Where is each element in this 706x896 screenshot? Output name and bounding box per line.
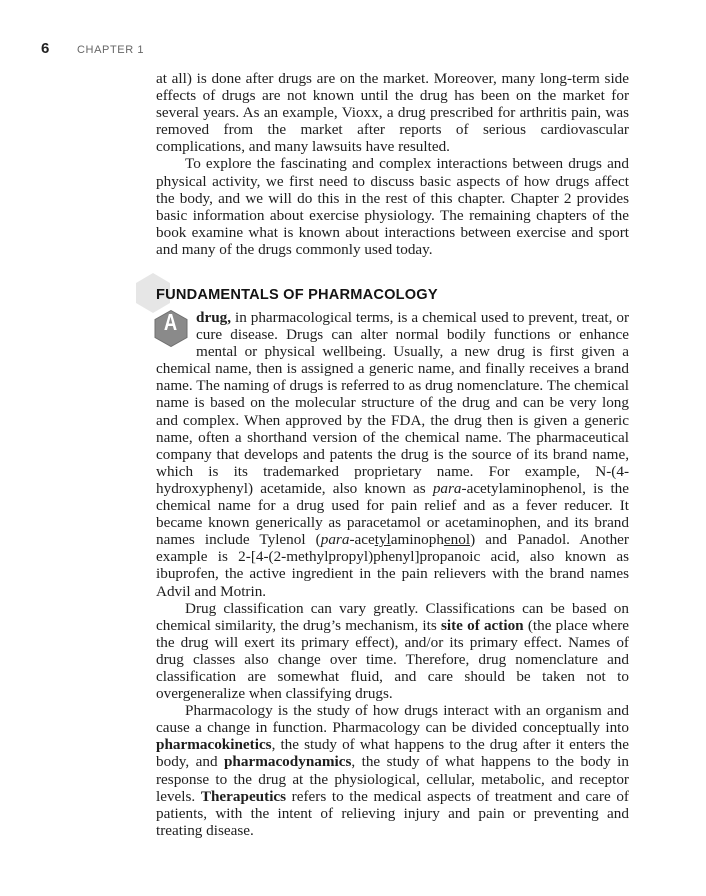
italic-para: para <box>433 480 462 497</box>
text-run: aminoph <box>391 531 444 548</box>
intro-paragraph-1: at all) is done after drugs are on the m… <box>156 70 629 155</box>
underline-tyl: tyl <box>375 531 391 548</box>
text-run: -ace <box>349 531 374 548</box>
text-run: in pharmacological terms, is a chemical … <box>156 309 629 497</box>
dropcap: A <box>154 310 194 346</box>
section-body: A drug, in pharmacological terms, is a c… <box>156 309 629 839</box>
term-pharmacokinetics: pharmacokinetics <box>156 736 272 753</box>
dropcap-letter: A <box>157 314 183 331</box>
term-drug: drug, <box>196 309 231 326</box>
section-paragraph-3: Pharmacology is the study of how drugs i… <box>156 702 629 839</box>
running-head: 6 CHAPTER 1 <box>41 40 144 57</box>
italic-para: para <box>321 531 350 548</box>
term-therapeutics: Therapeutics <box>201 788 286 805</box>
intro-paragraph-2: To explore the fascinating and complex i… <box>156 155 629 258</box>
text-run: Pharmacology is the study of how drugs i… <box>156 702 629 736</box>
underline-enol: enol <box>444 531 470 548</box>
chapter-label: CHAPTER 1 <box>77 44 144 56</box>
section-paragraph-2: Drug classification can vary greatly. Cl… <box>156 600 629 703</box>
section-paragraph-1: A drug, in pharmacological terms, is a c… <box>156 309 629 600</box>
section-heading: FUNDAMENTALS OF PHARMACOLOGY <box>156 287 629 304</box>
pharmacology-section: FUNDAMENTALS OF PHARMACOLOGY A drug, in … <box>156 287 629 839</box>
term-pharmacodynamics: pharmacodynamics <box>224 753 351 770</box>
term-site-of-action: site of action <box>441 617 524 634</box>
page-number: 6 <box>41 40 77 57</box>
intro-text: at all) is done after drugs are on the m… <box>156 70 629 258</box>
